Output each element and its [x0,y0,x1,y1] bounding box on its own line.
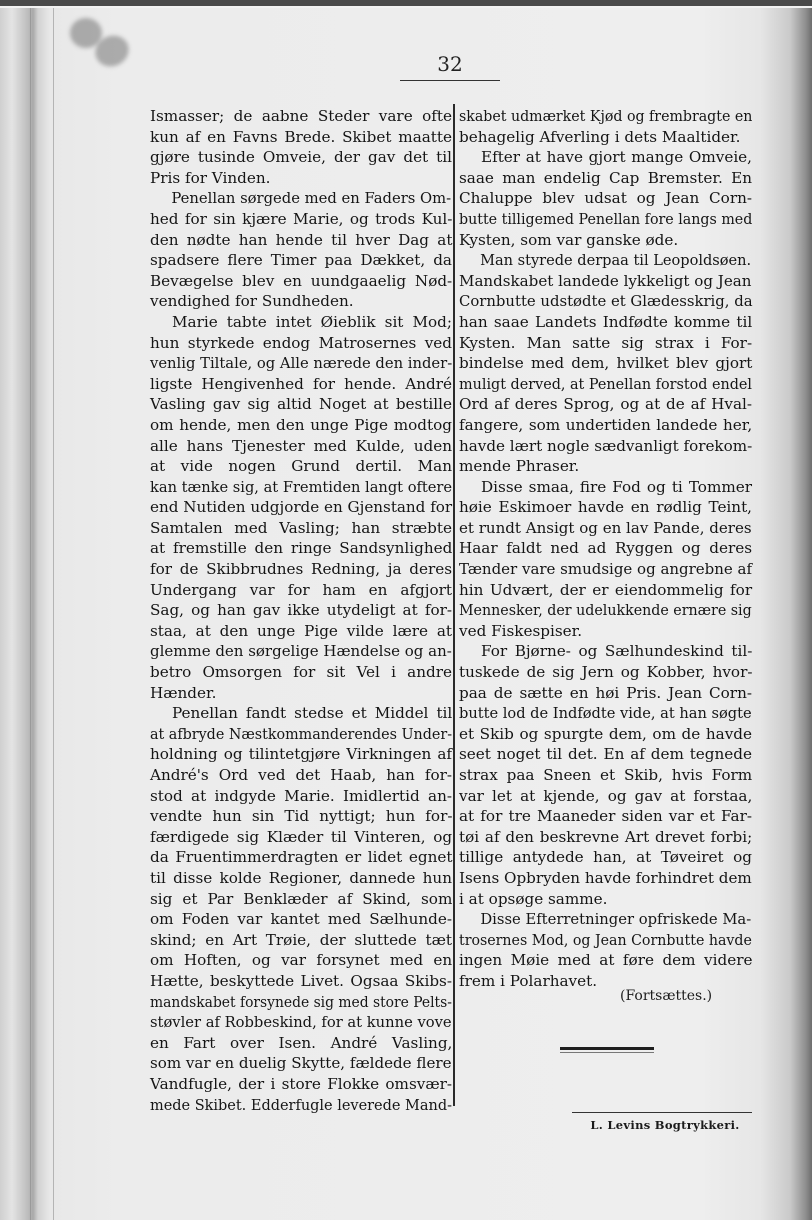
page-number-underline [400,80,500,81]
text-line: Disse smaa, fire Fod og ti Tommer [459,477,752,498]
text-line: ligste Hengivenhed for hende. André [150,374,452,395]
text-line: da Fruentimmerdragten er lidet egnet [150,847,452,868]
text-line: paa de sætte en høi Pris. Jean Corn- [459,683,752,704]
paragraph: Marie tabte intet Øieblik sit Mod;hun st… [150,312,452,703]
text-line: ved Fiskespiser. [459,621,752,642]
text-line: Ismasser; de aabne Steder vare ofte [150,106,452,127]
text-line: bindelse med dem, hvilket blev gjort [459,353,752,374]
text-line: vendighed for Sundheden. [150,291,452,312]
text-line: ingen Møie med at føre dem videre [459,950,752,971]
section-end-rule [560,1047,654,1050]
text-line: Hætte, beskyttede Livet. Ogsaa Skibs- [150,971,452,992]
text-line: tillige antydede han, at Tøveiret og [459,847,752,868]
text-line: Efter at have gjort mange Omveie, [459,147,752,168]
text-line: behagelig Afverling i dets Maaltider. [459,127,752,148]
paragraph: skabet udmærket Kjød og frembragte enbeh… [459,106,752,147]
text-line: strax paa Sneen et Skib, hvis Form [459,765,752,786]
text-line: støvler af Robbeskind, for at kunne vove [150,1012,442,1033]
text-line: hed for sin kjære Marie, og trods Kul- [150,209,452,230]
text-line: For Bjørne- og Sælhundeskind til- [459,641,752,662]
text-line: Ord af deres Sprog, og at de af Hval- [459,394,752,415]
text-line: var let at kjende, og gav at forstaa, [459,786,752,807]
text-line: Sag, og han gav ikke utydeligt at for- [150,600,452,621]
scan-top-border [0,0,812,6]
text-line: Undergang var for ham en afgjort [150,580,452,601]
text-line: høie Eskimoer havde en rødlig Teint, [459,497,752,518]
text-line: Tænder vare smudsige og angrebne af [459,559,748,580]
text-line: gjøre tusinde Omveie, der gav det til [150,147,452,168]
text-line: om Hoften, og var forsynet med en [150,950,452,971]
text-line: betro Omsorgen for sit Vel i andre [150,662,452,683]
text-line: at afbryde Næstkommanderendes Under- [150,724,434,745]
text-line: Man styrede derpaa til Leopoldsøen. [459,250,740,271]
text-line: spadsere flere Timer paa Dækket, da [150,250,452,271]
text-line: Pris for Vinden. [150,168,452,189]
text-line: Disse Efterretninger opfriskede Ma- [459,909,744,930]
text-line: at vide nogen Grund dertil. Man [150,456,452,477]
text-line: skabet udmærket Kjød og frembragte en [459,106,732,127]
paragraph: Disse smaa, fire Fod og ti Tommerhøie Es… [459,477,752,642]
text-line: til disse kolde Regioner, dannede hun [150,868,452,889]
text-line: Samtalen med Vasling; han stræbte [150,518,452,539]
paragraph: For Bjørne- og Sælhundeskind til-tuskede… [459,641,752,909]
text-line: et rundt Ansigt og en lav Pande, deres [459,518,749,539]
text-line: kan tænke sig, at Fremtiden langt oftere [150,477,441,498]
column-divider-rule [453,104,455,1106]
text-line: Penellan fandt stedse et Middel til [150,703,452,724]
paragraph: Penellan fandt stedse et Middel tilat af… [150,703,452,1115]
text-line: Cornbutte udstødte et Glædesskrig, da [459,291,745,312]
text-line: Kysten, som var ganske øde. [459,230,752,251]
text-line: at for tre Maaneder siden var et Far- [459,806,752,827]
text-line: Vandfugle, der i store Flokke omsvær- [150,1074,452,1095]
text-line: en Fart over Isen. André Vasling, [150,1033,452,1054]
text-line: mede Skibet. Edderfugle leverede Mand- [150,1095,438,1116]
text-line: hun styrkede endog Matrosernes ved [150,333,452,354]
paragraph: Disse Efterretninger opfriskede Ma-trose… [459,909,752,991]
text-line: Mennesker, der udelukkende ernære sig [459,600,733,621]
text-line: om Foden var kantet med Sælhunde- [150,909,452,930]
text-line: end Nutiden udgjorde en Gjenstand for [150,497,451,518]
text-line: Mandskabet landede lykkeligt og Jean [459,271,750,292]
paragraph: Man styrede derpaa til Leopoldsøen.Mands… [459,250,752,477]
text-line: fangere, som undertiden landede her, [459,415,752,436]
text-line: skind; en Art Trøie, der sluttede tæt [150,930,452,951]
text-line: André's Ord ved det Haab, han for- [150,765,452,786]
text-line: Bevægelse blev en uundgaaelig Nød- [150,271,452,292]
paragraph: Ismasser; de aabne Steder vare oftekun a… [150,106,452,188]
text-line: staa, at den unge Pige vilde lære at [150,621,452,642]
text-line: Haar faldt ned ad Ryggen og deres [459,538,752,559]
printer-imprint-rule [572,1112,752,1113]
text-line: hin Udvært, der er eiendommelig for [459,580,752,601]
text-line: Kysten. Man satte sig strax i For- [459,333,752,354]
text-line: færdigede sig Klæder til Vinteren, og [150,827,452,848]
text-line: tuskede de sig Jern og Kobber, hvor- [459,662,752,683]
text-line: Penellan sørgede med en Faders Om- [150,188,444,209]
text-line: mandskabet forsynede sig med store Pelts… [150,992,425,1013]
text-line: Vasling gav sig altid Noget at bestille [150,394,452,415]
text-line: mende Phraser. [459,456,752,477]
text-line: muligt derved, at Penellan forstod endel [459,374,736,395]
text-line: butte tilligemed Penellan fore langs med [459,209,733,230]
paragraph: Efter at have gjort mange Omveie,saae ma… [459,147,752,250]
text-column-left: Ismasser; de aabne Steder vare oftekun a… [150,106,452,1115]
text-line: om hende, men den unge Pige modtog [150,415,452,436]
book-spine-edge [30,8,54,1220]
text-line: han saae Landets Indfødte komme til [459,312,752,333]
text-line: Chaluppe blev udsat og Jean Corn- [459,188,752,209]
text-line: trosernes Mod, og Jean Cornbutte havde [459,930,732,951]
text-line: tøi af den beskrevne Art drevet forbi; [459,827,752,848]
page-number: 32 [400,52,500,76]
text-line: Hænder. [150,683,452,704]
text-line: Marie tabte intet Øieblik sit Mod; [150,312,452,333]
text-line: som var en duelig Skytte, fældede flere [150,1053,450,1074]
text-line: Isens Opbryden havde forhindret dem [459,868,751,889]
text-line: seet noget til det. En af dem tegnede [459,744,752,765]
paragraph: Penellan sørgede med en Faders Om-hed fo… [150,188,452,312]
text-line: at fremstille den ringe Sandsynlighed [150,538,452,559]
text-line: for de Skibbrudnes Redning, ja deres [150,559,452,580]
text-line: vendte hun sin Tid nyttigt; hun for- [150,806,452,827]
text-line: i at opsøge samme. [459,889,752,910]
text-line: et Skib og spurgte dem, om de havde [459,724,752,745]
continued-note: (Fortsættes.) [620,988,712,1004]
text-column-right: skabet udmærket Kjød og frembragte enbeh… [459,106,752,992]
text-line: saae man endelig Cap Bremster. En [459,168,752,189]
text-line: havde lært nogle sædvanligt forekom- [459,436,751,457]
text-line: butte lod de Indfødte vide, at han søgte [459,703,741,724]
text-line: kun af en Favns Brede. Skibet maatte [150,127,452,148]
text-line: venlig Tiltale, og Alle nærede den inder… [150,353,443,374]
text-line: den nødte han hende til hver Dag at [150,230,452,251]
printer-imprint: L. Levins Bogtrykkeri. [590,1118,740,1132]
text-line: sig et Par Benklæder af Skind, som [150,889,452,910]
text-line: alle hans Tjenester med Kulde, uden [150,436,452,457]
text-line: holdning og tilintetgjøre Virkningen af [150,744,452,765]
text-line: stod at indgyde Marie. Imidlertid an- [150,786,452,807]
text-line: glemme den sørgelige Hændelse og an- [150,641,448,662]
